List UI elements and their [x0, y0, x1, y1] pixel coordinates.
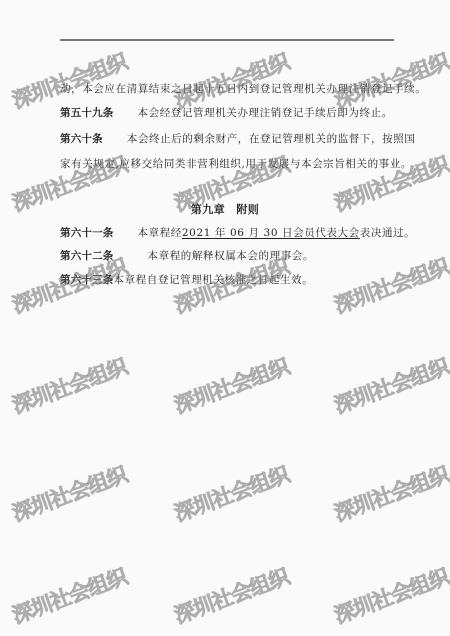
- article-61-underlined-date: 2021 年 06 月 30 日会员代表大会: [182, 227, 360, 239]
- article-60-continued: 家有关规定,应移交给同类非营利组织,用于发展与本会宗旨相关的事业。: [60, 157, 412, 171]
- article-63-heading: 第六十三条: [60, 274, 114, 286]
- document-page: 动，本会应在清算结束之日起十五日内到登记管理机关办理注销登记手续。 第五十九条本…: [0, 0, 450, 636]
- watermark: 深圳社会组织: [330, 459, 450, 528]
- watermark: 深圳社会组织: [330, 351, 450, 420]
- watermark: 深圳社会组织: [8, 46, 131, 115]
- chapter-heading: 第九章 附则: [0, 201, 450, 217]
- article-59-text: 本会经登记管理机关办理注销登记手续后即为终止。: [138, 107, 393, 119]
- watermark: 深圳社会组织: [8, 351, 131, 420]
- paragraph-continuation: 动，本会应在清算结束之日起十五日内到登记管理机关办理注销登记手续。: [60, 82, 426, 96]
- article-60-text-line1: 本会终止后的剩余财产，在登记管理机关的监督下，按照国: [127, 133, 416, 145]
- article-59: 第五十九条本会经登记管理机关办理注销登记手续后即为终止。: [60, 106, 393, 120]
- watermark: 深圳社会组织: [170, 46, 293, 115]
- article-61: 第六十一条本章程经2021 年 06 月 30 日会员代表大会表决通过。: [60, 226, 415, 240]
- article-60-heading: 第六十条: [60, 133, 103, 145]
- article-62-text: 本章程的解释权属本会的理事会。: [148, 250, 315, 262]
- article-62: 第六十二条本章程的解释权属本会的理事会。: [60, 249, 314, 263]
- article-59-heading: 第五十九条: [60, 107, 114, 119]
- article-60: 第六十条本会终止后的剩余财产，在登记管理机关的监督下，按照国: [60, 132, 415, 146]
- watermark: 深圳社会组织: [330, 561, 450, 630]
- watermark: 深圳社会组织: [170, 351, 293, 420]
- header-rule: [60, 39, 394, 41]
- watermark: 深圳社会组织: [170, 561, 293, 630]
- continuation-text: 动，本会应在清算结束之日起十五日内到登记管理机关办理注销登记手续。: [60, 83, 426, 95]
- article-61-text-pre: 本章程经: [138, 227, 182, 239]
- watermark: 深圳社会组织: [8, 561, 131, 630]
- article-63-text: 本章程自登记管理机关核准之日起生效。: [114, 274, 314, 286]
- article-61-heading: 第六十一条: [60, 227, 114, 239]
- article-61-text-post: 表决通过。: [360, 227, 416, 239]
- article-60-text-line2: 家有关规定,应移交给同类非营利组织,用于发展与本会宗旨相关的事业。: [60, 158, 412, 170]
- article-63: 第六十三条本章程自登记管理机关核准之日起生效。: [60, 273, 313, 287]
- watermark: 深圳社会组织: [330, 46, 450, 115]
- watermark: 深圳社会组织: [330, 251, 450, 320]
- watermark: 深圳社会组织: [8, 459, 131, 528]
- article-62-heading: 第六十二条: [60, 250, 114, 262]
- watermark: 深圳社会组织: [170, 459, 293, 528]
